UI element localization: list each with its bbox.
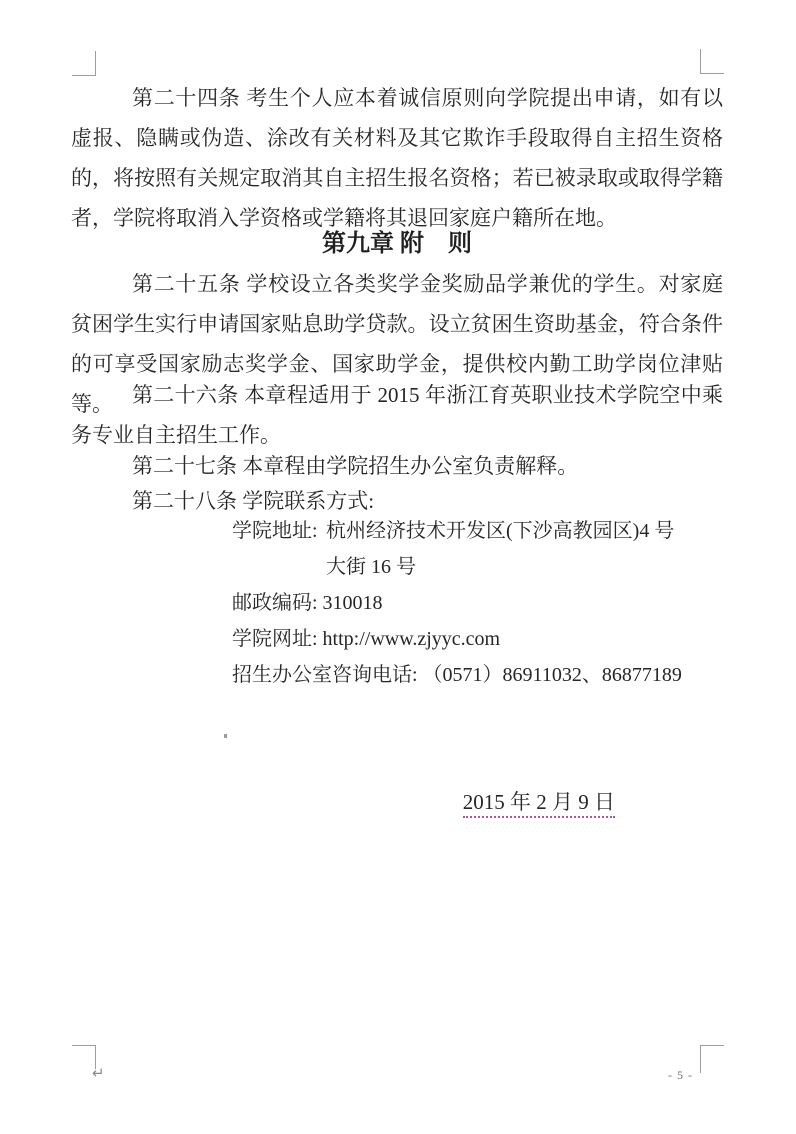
date-line-wrap: 2015 年 2 月 9 日 [71,790,723,814]
address-label: 学院地址: [232,513,326,549]
paragraph-return-icon: ↵ [92,1066,105,1081]
address-value-line-2: 大街 16 号 [326,556,416,578]
document-page: 第二十四条 考生个人应本着诚信原则向学院提出申请，如有以虚报、隐瞒或伪造、涂改有… [0,0,796,1134]
address-value-line-1: 杭州经济技术开发区(下沙高教园区)4 号 [326,520,674,542]
article-27-paragraph: 第二十七条 本章程由学院招生办公室负责解释。 [71,448,723,484]
stray-mark [224,734,227,738]
phone-line: 招生办公室咨询电话: （0571）86911032、86877189 [232,657,723,693]
text-boundary-mark-top-right [700,49,724,74]
article-24-paragraph: 第二十四条 考生个人应本着诚信原则向学院提出申请，如有以虚报、隐瞒或伪造、涂改有… [71,78,723,238]
address-line: 学院地址:杭州经济技术开发区(下沙高教园区)4 号 大街 16 号 [232,513,723,585]
article-26-paragraph: 第二十六条 本章程适用于 2015 年浙江育英职业技术学院空中乘务专业自主招生工… [71,375,723,455]
issue-date: 2015 年 2 月 9 日 [463,790,615,818]
contact-block: 学院地址:杭州经济技术开发区(下沙高教园区)4 号 大街 16 号 邮政编码: … [232,513,723,693]
postal-code-line: 邮政编码: 310018 [232,585,723,621]
website-line: 学院网址: http://www.zjyyc.com [232,621,723,657]
text-boundary-mark-top-left [72,51,96,76]
page-number: - 5 - [668,1068,693,1082]
chapter-9-heading: 第九章 附 则 [71,226,723,262]
text-boundary-mark-bottom-right [700,1045,724,1073]
